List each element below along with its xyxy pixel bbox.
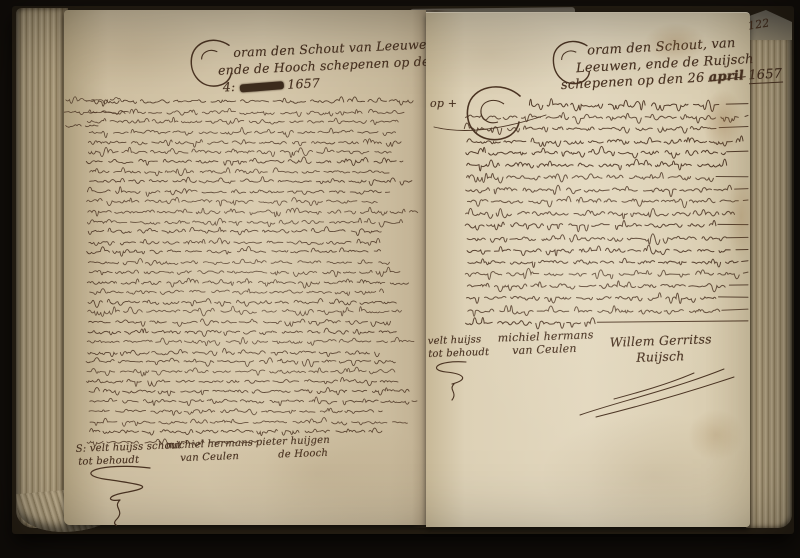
right-page: op + oram den Schout, van Leeuwen, ende … [426,12,750,527]
left-page-edge-stack [16,8,68,528]
signature-schout-right: velt huijss tot behoudt [428,334,490,361]
right-page-body-script [426,13,750,527]
willem-paraph-flourish [574,365,746,421]
photo-stage: oram den Schout van Leeuwen ende de Hooc… [0,0,800,558]
left-page: oram den Schout van Leeuwen ende de Hooc… [64,10,426,525]
heading-year: 1657 [748,67,783,85]
signature-name: Willem Gerritss [609,331,711,350]
signature-line2: van Ceulen [180,450,254,465]
signature-name: michiel hermans [166,437,254,451]
schout-paraph-flourish-right [426,358,482,404]
signature-name: velt huijss [428,334,482,347]
signature-michiel-hermans-right: michiel hermans van Ceulen [498,329,595,357]
signature-line2: de Hooch [278,447,331,461]
signature-pieter-huijgen: pieter huijgen de Hooch [256,435,331,463]
signature-line2: Ruijsch [636,347,713,366]
schout-paraph-flourish [70,462,190,528]
signature-willem-gerritss: Willem Gerritss Ruijsch [609,331,712,367]
signature-name: pieter huijgen [256,435,330,449]
right-page-edge-stack [746,36,792,528]
manuscript-book: oram den Schout van Leeuwen ende de Hooc… [12,6,794,534]
